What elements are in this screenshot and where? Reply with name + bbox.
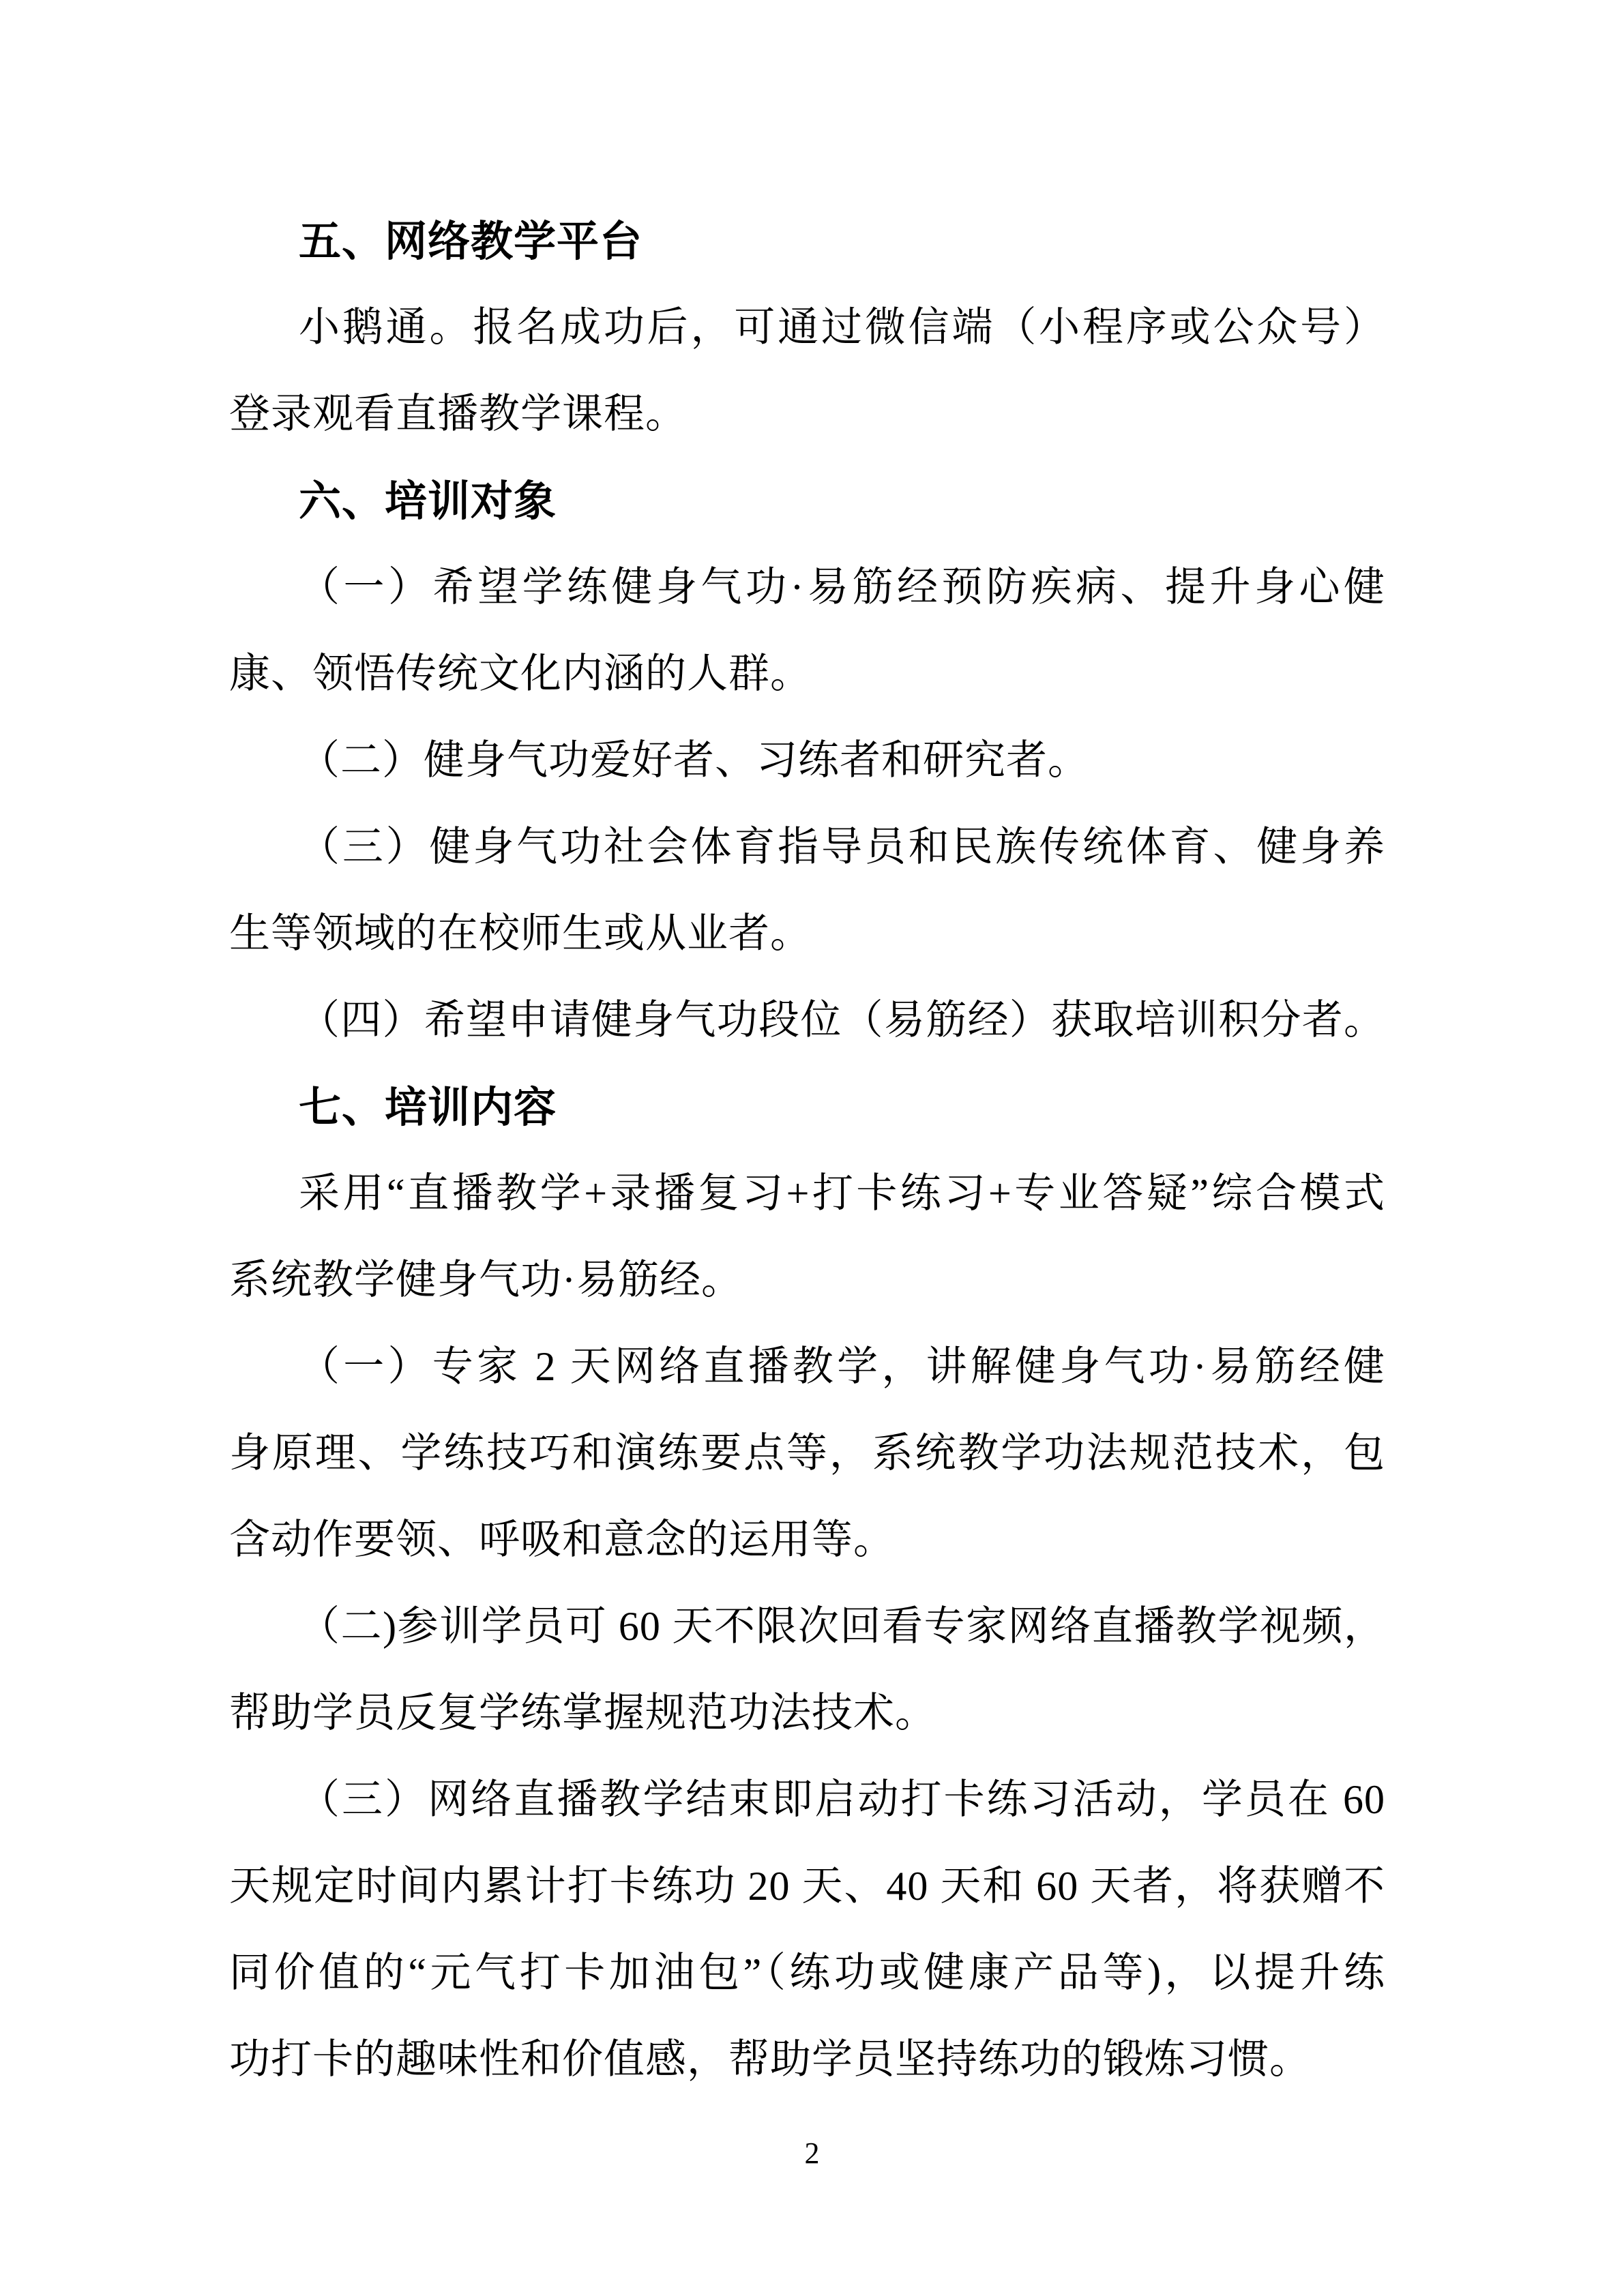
content-item-2-line-2: 帮助学员反复学练掌握规范功法技术。 — [229, 1670, 1385, 1757]
audience-item-2: （二）健身气功爱好者、习练者和研究者。 — [229, 717, 1385, 804]
audience-item-3-line-1: （三）健身气功社会体育指导员和民族传统体育、健身养 — [229, 804, 1385, 891]
section-heading-7-content: 七、培训内容 — [229, 1064, 1385, 1150]
content-item-3-line-4: 功打卡的趣味性和价值感，帮助学员坚持练功的锻炼习惯。 — [229, 2016, 1385, 2103]
content-intro-line-2: 系统教学健身气功·易筋经。 — [229, 1237, 1385, 1324]
section-heading-6-audience: 六、培训对象 — [229, 458, 1385, 544]
audience-item-3-line-2: 生等领域的在校师生或从业者。 — [229, 891, 1385, 977]
content-item-3-line-3: 同价值的“元气打卡加油包”（练功或健康产品等)，以提升练 — [229, 1930, 1385, 2016]
paragraph-platform-line-2: 登录观看直播教学课程。 — [229, 371, 1385, 458]
content-item-1-line-1: （一）专家 2 天网络直播教学，讲解健身气功·易筋经健 — [229, 1324, 1385, 1410]
content-item-1-line-2: 身原理、学练技巧和演练要点等，系统教学功法规范技术，包 — [229, 1410, 1385, 1497]
audience-item-4: （四）希望申请健身气功段位（易筋经）获取培训积分者。 — [229, 977, 1385, 1064]
content-item-1-line-3: 含动作要领、呼吸和意念的运用等。 — [229, 1497, 1385, 1583]
content-item-2-line-1: （二)参训学员可 60 天不限次回看专家网络直播教学视频， — [229, 1583, 1385, 1670]
audience-item-1-line-1: （一）希望学练健身气功·易筋经预防疾病、提升身心健 — [229, 544, 1385, 631]
content-item-3-line-2: 天规定时间内累计打卡练功 20 天、40 天和 60 天者，将获赠不 — [229, 1843, 1385, 1930]
page-number: 2 — [0, 2133, 1624, 2174]
document-page: 五、网络教学平台 小鹅通。报名成功后，可通过微信端（小程序或公众号） 登录观看直… — [0, 0, 1624, 2296]
document-content: 五、网络教学平台 小鹅通。报名成功后，可通过微信端（小程序或公众号） 登录观看直… — [229, 198, 1385, 2103]
content-item-3-line-1: （三）网络直播教学结束即启动打卡练习活动，学员在 60 — [229, 1757, 1385, 1843]
audience-item-1-line-2: 康、领悟传统文化内涵的人群。 — [229, 631, 1385, 717]
section-heading-5-platform: 五、网络教学平台 — [229, 198, 1385, 284]
paragraph-platform-line-1: 小鹅通。报名成功后，可通过微信端（小程序或公众号） — [229, 284, 1385, 371]
content-intro-line-1: 采用“直播教学+录播复习+打卡练习+专业答疑”综合模式 — [229, 1150, 1385, 1237]
